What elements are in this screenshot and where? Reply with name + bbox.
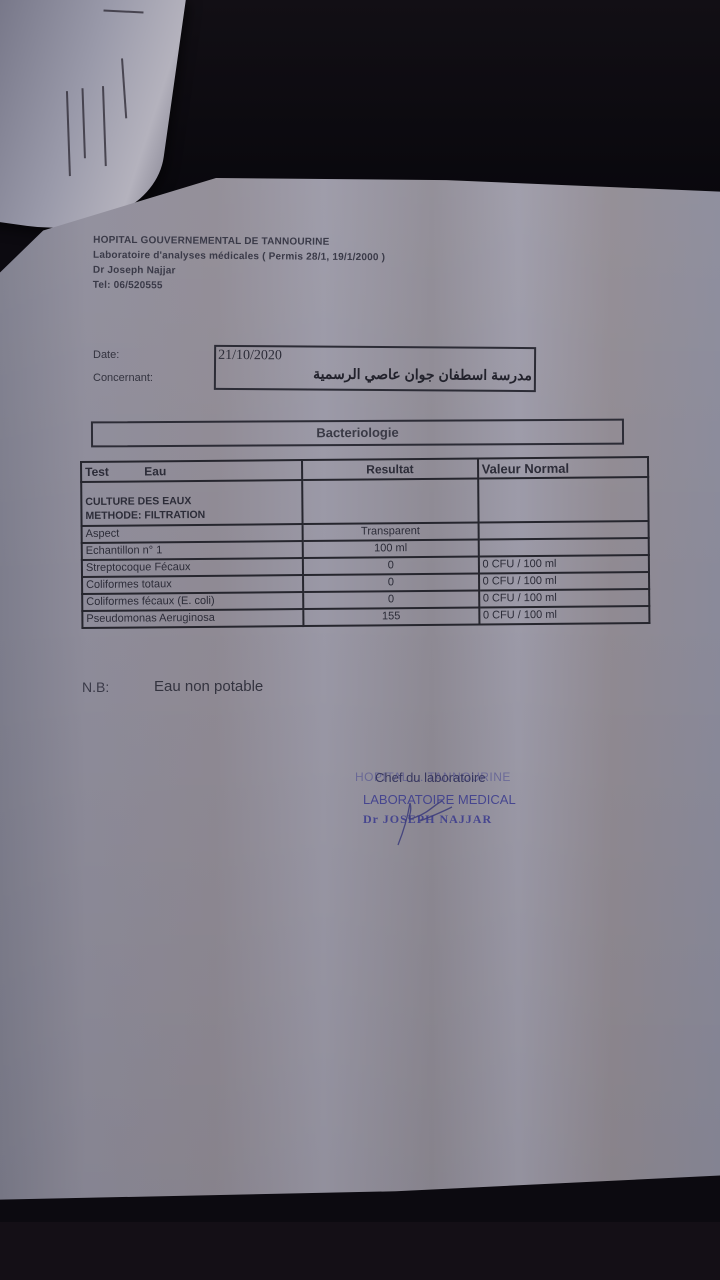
row-normal bbox=[478, 521, 649, 539]
row-normal bbox=[478, 538, 649, 556]
header-sample-label: Eau bbox=[144, 464, 166, 478]
signature-icon bbox=[390, 795, 460, 850]
section-title: Bacteriologie bbox=[91, 419, 624, 448]
header-result: Resultat bbox=[302, 459, 478, 481]
row-normal: 0 CFU / 100 ml bbox=[479, 572, 650, 590]
method-result-cell bbox=[302, 479, 478, 525]
row-result: Transparent bbox=[303, 523, 479, 542]
row-normal: 0 CFU / 100 ml bbox=[479, 606, 650, 624]
concerning-label: Concernant: bbox=[93, 372, 153, 384]
method-row: CULTURE DES EAUX METHODE: FILTRATION bbox=[81, 477, 648, 526]
lab-report: HOPITAL GOUVERNEMENTAL DE TANNOURINE Lab… bbox=[0, 0, 720, 1280]
row-normal: 0 CFU / 100 ml bbox=[479, 589, 650, 607]
row-test: Coliformes totaux bbox=[82, 575, 303, 594]
results-table: Test Eau Resultat Valeur Normal CULTURE … bbox=[80, 456, 650, 629]
letterhead: HOPITAL GOUVERNEMENTAL DE TANNOURINE Lab… bbox=[93, 233, 386, 296]
date-label: Date: bbox=[93, 349, 119, 361]
row-test: Streptocoque Fécaux bbox=[82, 558, 303, 577]
method-normal-cell bbox=[478, 477, 649, 522]
row-test: Pseudomonas Aeruginosa bbox=[82, 609, 303, 628]
info-box: 21/10/2020 مدرسة اسطفان جوان عاصي الرسمي… bbox=[214, 345, 536, 392]
concerning-value: مدرسة اسطفان جوان عاصي الرسمية bbox=[313, 366, 532, 385]
table-row: Pseudomonas Aeruginosa 155 0 CFU / 100 m… bbox=[82, 606, 649, 628]
row-result: 155 bbox=[303, 608, 479, 627]
header-normal: Valeur Normal bbox=[478, 457, 649, 478]
note-label: N.B: bbox=[82, 679, 109, 695]
method-line-2: METHODE: FILTRATION bbox=[85, 507, 298, 523]
row-result: 100 ml bbox=[303, 540, 479, 559]
date-value: 21/10/2020 bbox=[218, 348, 282, 364]
row-test: Aspect bbox=[82, 524, 303, 543]
telephone: Tel: 06/520555 bbox=[93, 278, 385, 296]
row-test: Echantillon n° 1 bbox=[82, 541, 303, 560]
row-result: 0 bbox=[303, 574, 479, 593]
stamp-overlay-text: Chef du laboratoire bbox=[375, 770, 486, 785]
header-test: Test Eau bbox=[81, 460, 302, 482]
row-result: 0 bbox=[303, 591, 479, 610]
row-normal: 0 CFU / 100 ml bbox=[478, 555, 649, 573]
note-value: Eau non potable bbox=[154, 678, 263, 695]
row-result: 0 bbox=[303, 557, 479, 576]
method-cell: CULTURE DES EAUX METHODE: FILTRATION bbox=[81, 480, 302, 526]
header-test-label: Test bbox=[85, 464, 109, 478]
row-test: Coliformes fécaux (E. coli) bbox=[82, 592, 303, 611]
